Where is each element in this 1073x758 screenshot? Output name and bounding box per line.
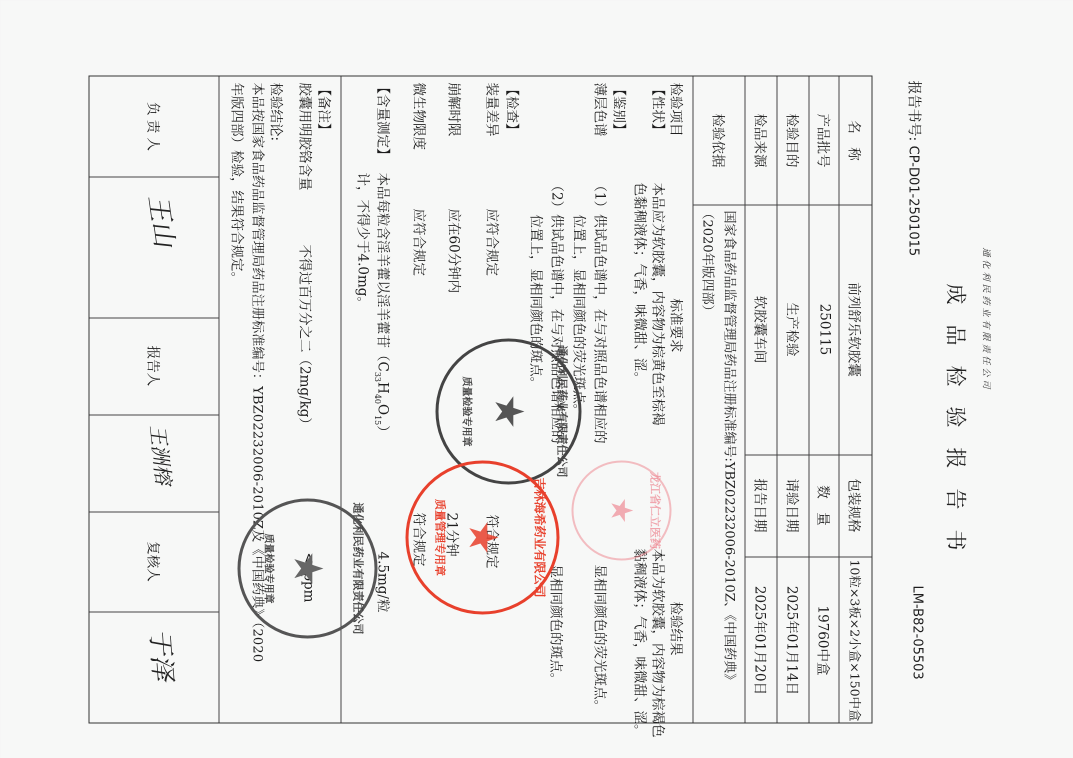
- star-icon: ★: [604, 497, 639, 524]
- star-icon: ★: [284, 550, 330, 586]
- red-stamp: ★ 吉林海希药业有限公司 质量管理专用章: [405, 460, 559, 614]
- disintegration-standard: 应在60分钟内: [445, 208, 465, 293]
- character-result-2: 黏稠液体；气香，味微甜、涩。: [631, 548, 651, 737]
- tlc-result-2: 显相同颜色的斑点。: [547, 564, 567, 686]
- pink-stamp: ★ 龙江省仁立医药: [571, 460, 671, 560]
- label-package: 包装规格: [839, 454, 871, 556]
- report-table: 名 称 前列舒乐软胶囊 包装规格 10粒×3板×2小盒×150中盒 产品批号 2…: [88, 75, 872, 723]
- inspection-report-sheet: 通化利民药业有限责任公司 成品检验报告书 报告书号: CP-D01-250101…: [0, 0, 1073, 758]
- basis-line1: 国家食品药品监督管理局药品注册标准编号:YBZ02232006-2010Z、《中…: [721, 210, 740, 686]
- responsible-signature: 王山: [141, 192, 185, 249]
- responsible-label: 负 责 人: [89, 76, 219, 176]
- basis-line2: （2020年版四部）: [699, 206, 718, 317]
- assay-standard-2: 计，不得少于4.0mg。: [354, 172, 374, 309]
- value-source: 软胶囊车间: [745, 204, 777, 454]
- reporter-signature: 王洲榕: [144, 423, 179, 486]
- value-quantity: 19760中盒: [809, 556, 839, 724]
- value-name: 前列舒乐软胶囊: [839, 204, 871, 454]
- report-title: 成品检验报告书: [941, 283, 971, 570]
- chromium-standard: 不得过百万分之二（2mg/kg）: [296, 244, 316, 430]
- report-number-value: CP-D01-2501015: [905, 145, 920, 255]
- label-batch: 产品批号: [809, 76, 839, 204]
- fill-variation-standard: 应符合规定: [483, 208, 503, 276]
- header-result: 检验结果: [667, 601, 687, 655]
- value-batch: 250115: [809, 204, 839, 454]
- form-code: LM-B82-05503: [909, 585, 924, 679]
- microbial-item: 微生物限度: [410, 82, 430, 150]
- value-request-date: 2025年01月14日: [777, 556, 809, 724]
- reporter-label: 报告人: [89, 317, 219, 414]
- reviewer-label: 复核人: [89, 511, 219, 611]
- label-request-date: 请验日期: [777, 454, 809, 556]
- label-basis: 检验依据: [693, 76, 745, 204]
- identification-label: 【鉴别】: [610, 82, 630, 136]
- tlc-item: 薄层色谱: [591, 82, 611, 136]
- reviewer-signature: 于泽: [142, 627, 183, 681]
- value-package: 10粒×3板×2小盒×150中盒: [839, 556, 871, 724]
- star-icon: ★: [485, 393, 531, 429]
- chromium-item: 胶囊用明胶铬含量: [296, 82, 316, 190]
- star-icon: ★: [459, 519, 505, 555]
- company-name: 通化利民药业有限责任公司: [980, 247, 993, 391]
- remarks-label: 【备注】: [315, 82, 335, 136]
- label-quantity: 数 量: [809, 454, 839, 556]
- fill-variation-item: 装量差异: [483, 82, 503, 136]
- microbial-standard: 应符合规定: [410, 208, 430, 276]
- qc-stamp-gray-2: ★ 通化利民药业有限责任公司 质量检验专用章: [237, 498, 377, 638]
- inspection-label: 【检查】: [503, 82, 523, 136]
- header-item: 检验项目: [667, 82, 687, 136]
- label-name: 名 称: [839, 76, 871, 204]
- tlc-result-1: 显相同颜色的荧光斑点。: [591, 564, 611, 713]
- character-standard-1: 本品应为软胶囊，内容物为棕黄色至棕褐: [649, 182, 669, 425]
- tlc-standard-1a: （1）供试品色谱中，在与对照品色谱相应的: [591, 178, 611, 443]
- value-purpose: 生产检验: [777, 204, 809, 454]
- label-report-date: 报告日期: [745, 454, 777, 556]
- assay-standard-1: 本品每粒含淫羊藿以淫羊藿苷（C33H40O15）: [372, 172, 394, 438]
- report-number: 报告书号: CP-D01-2501015: [904, 80, 924, 256]
- disintegration-item: 崩解时限: [445, 82, 465, 136]
- character-label: 【性状】: [649, 82, 669, 136]
- character-standard-2: 色黏稠液体；气香，味微甜、涩。: [631, 182, 651, 385]
- label-purpose: 检验目的: [777, 76, 809, 204]
- conclusion-label: 检验结论:: [267, 82, 287, 141]
- report-number-label: 报告书号:: [905, 80, 921, 141]
- conclusion-line2: 年版四部）检验，结果符合规定。: [228, 82, 248, 285]
- assay-label: 【含量测定】: [374, 80, 394, 161]
- qc-stamp-gray: ★ 通化利民药业有限责任公司 质量检验专用章: [435, 338, 581, 484]
- character-result-1: 本品为软胶囊，内容物为棕褐色: [649, 548, 669, 737]
- label-source: 检品来源: [745, 76, 777, 204]
- header-standard: 标准要求: [667, 298, 687, 352]
- value-report-date: 2025年01月20日: [745, 556, 777, 724]
